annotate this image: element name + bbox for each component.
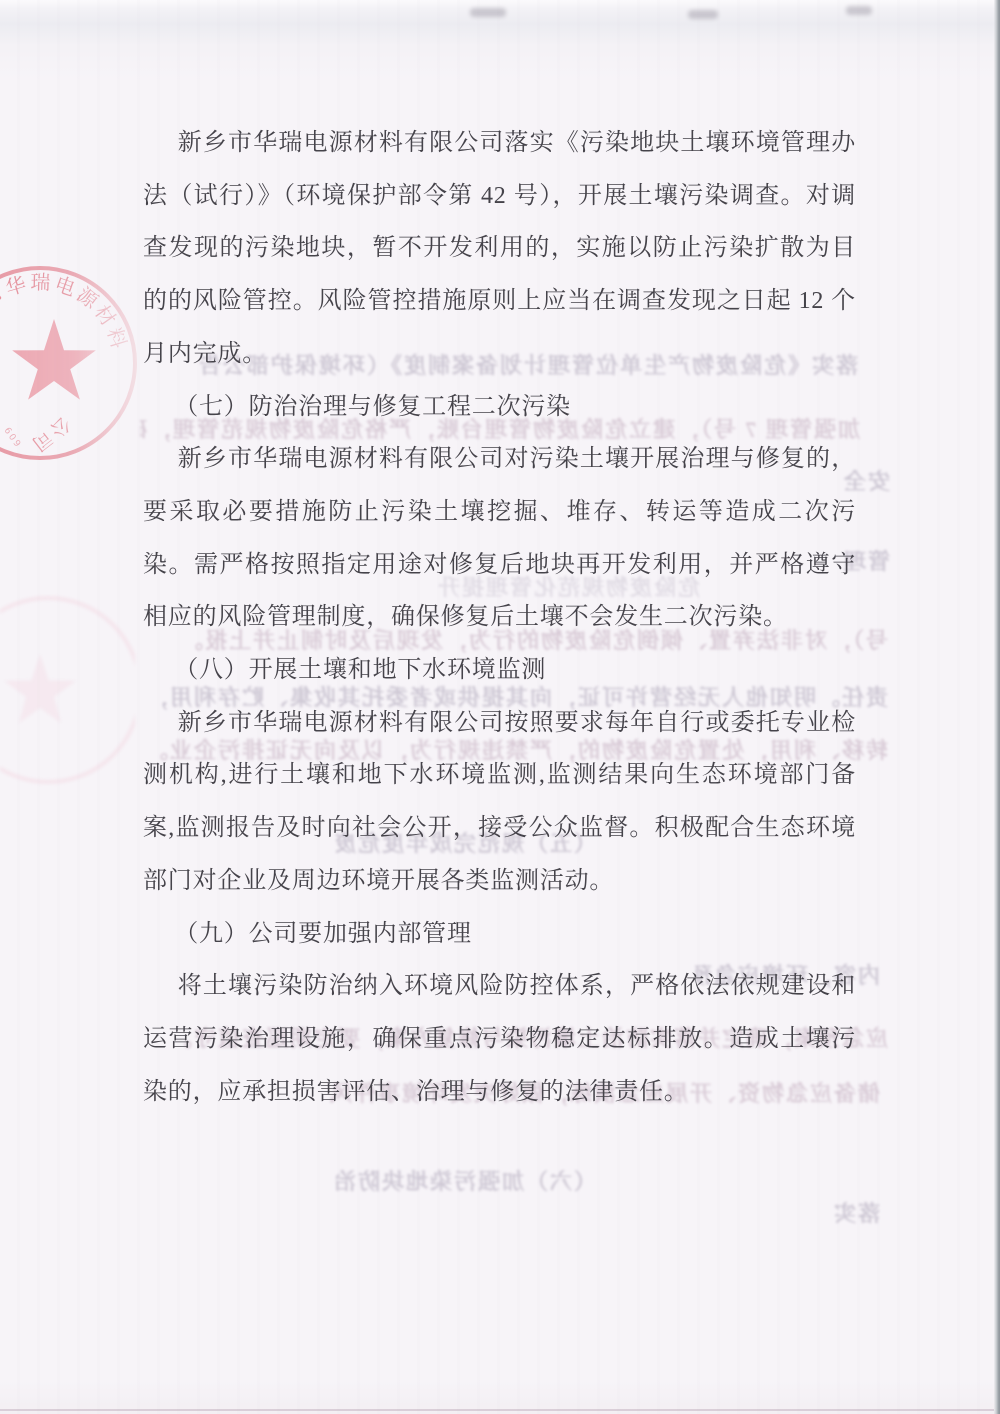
scan-bottom-line — [0, 1409, 994, 1411]
company-seal: 新乡市华瑞电源材料有限公司 公司 609 — [0, 256, 145, 471]
text-column: 新乡市华瑞电源材料有限公司落实《污染地块土壤环境管理办法（试行）》（环境保护部令… — [143, 117, 856, 1118]
section-9-body: 将土壤污染防治纳入环境风险防控体系，严格依法依规建设和运营污染治理设施，确保重点… — [143, 960, 856, 1118]
section-7-body: 新乡市华瑞电源材料有限公司对污染土壤开展治理与修复的，要采取必要措施防止污染土壤… — [143, 433, 856, 644]
scan-smudge — [846, 6, 872, 15]
paragraph-intro: 新乡市华瑞电源材料有限公司落实《污染地块土壤环境管理办法（试行）》（环境保护部令… — [143, 117, 856, 381]
section-heading-8: （八）开展土壤和地下水环境监测 — [143, 644, 856, 697]
section-heading-9: （九）公司要加强内部管理 — [143, 908, 856, 961]
bleedthrough-line: （六）加强污染地块防治管控 — [336, 1168, 596, 1196]
ghost-seal-bleedthrough — [0, 592, 135, 797]
scan-smudge — [688, 10, 718, 19]
seal-tail-text: 公司 — [25, 412, 75, 458]
scanned-document-page: 新乡市华瑞电源材料有限公司 公司 609 落实《危险废物产生单位管理计划备案制度… — [0, 0, 1000, 1414]
bleedthrough-line: 落实 — [820, 1200, 880, 1228]
scan-edge-strip — [994, 0, 1000, 1414]
seal-star-icon — [12, 319, 96, 400]
section-8-body: 新乡市华瑞电源材料有限公司按照要求每年自行或委托专业检测机构,进行土壤和地下水环… — [143, 697, 856, 908]
section-heading-7: （七）防治治理与修复工程二次污染 — [143, 381, 856, 434]
scan-smudge — [470, 8, 506, 17]
ghost-star-icon — [4, 654, 77, 723]
seal-serial-number: 609 — [2, 426, 23, 451]
